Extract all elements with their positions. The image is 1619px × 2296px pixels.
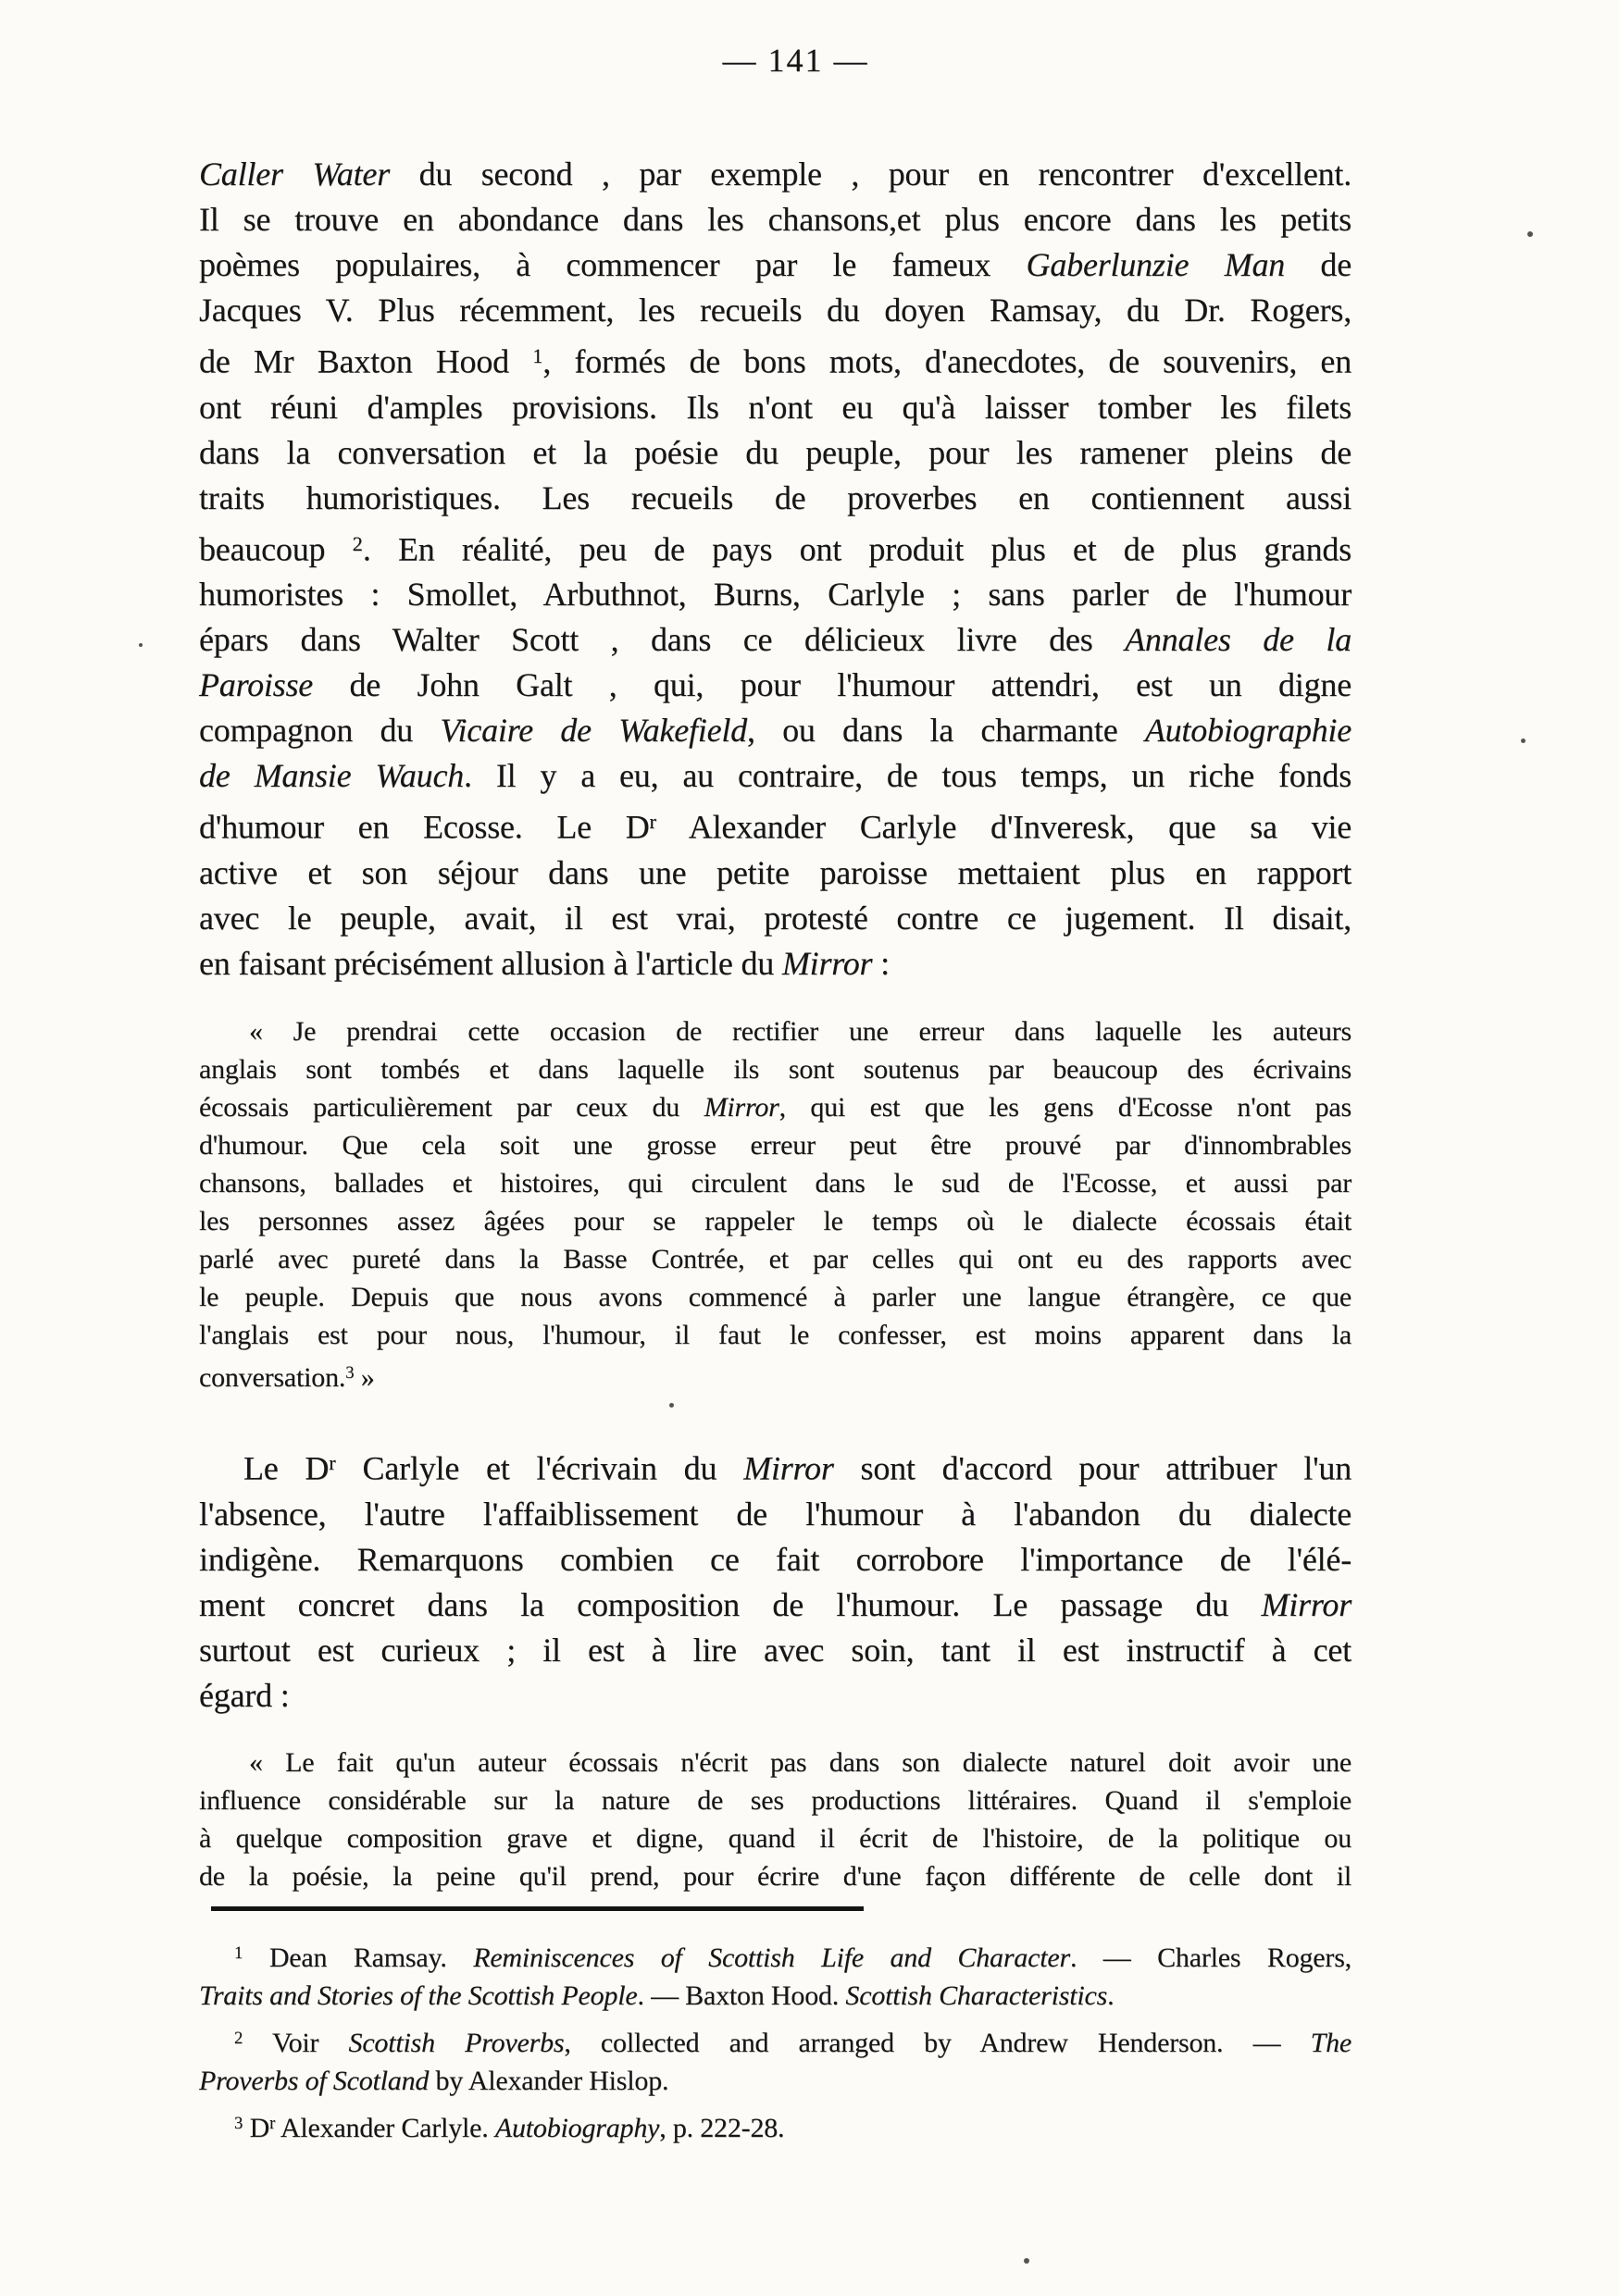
text-segment: Voir — [243, 2028, 348, 2058]
italic-text: Caller Water — [199, 155, 390, 192]
block-quote-1: « Je prendrai cette occasion de rectifie… — [199, 1012, 1351, 1396]
text-segment: « Je prendrai cette occasion de rectifie… — [249, 1016, 1351, 1047]
text-segment: : — [872, 945, 890, 982]
italic-text: Scottish Proverbs — [349, 2028, 565, 2058]
text-line: avec le peuple, avait, il est vrai, prot… — [199, 896, 1351, 941]
italic-text: Annales de la — [1125, 621, 1351, 658]
book-page: — 141 — Caller Water du second , par exe… — [0, 0, 1619, 2296]
scan-speck — [1527, 231, 1533, 237]
text-segment: de Mr Baxton Hood — [199, 343, 532, 380]
text-segment: . — Charles Rogers, — [1070, 1942, 1351, 1973]
text-segment: indigène. Remarquons combien ce fait cor… — [199, 1541, 1351, 1578]
text-segment: en faisant précisément allusion à l'arti… — [199, 945, 782, 982]
text-line: ont réuni d'amples provisions. Ils n'ont… — [199, 385, 1351, 430]
italic-text: de Mansie Wauch — [199, 757, 464, 794]
italic-text: Gaberlunzie Man — [1027, 246, 1286, 283]
text-line: l'absence, l'autre l'affaiblissement de … — [199, 1492, 1351, 1537]
text-line: anglais sont tombés et dans laquelle ils… — [199, 1050, 1351, 1088]
text-segment: beaucoup — [199, 530, 353, 567]
text-segment: parlé avec pureté dans la Basse Contrée,… — [199, 1244, 1351, 1274]
text-line: Paroisse de John Galt , qui, pour l'humo… — [199, 663, 1351, 708]
text-line: de la poésie, la peine qu'il prend, pour… — [199, 1857, 1351, 1895]
text-line: indigène. Remarquons combien ce fait cor… — [199, 1537, 1351, 1582]
text-segment: . — [1107, 1980, 1114, 2011]
text-segment: chansons, ballades et histoires, qui cir… — [199, 1168, 1351, 1198]
text-line: poèmes populaires, à commencer par le fa… — [199, 242, 1351, 288]
text-segment: , formés de bons mots, d'anecdotes, de s… — [542, 343, 1351, 380]
scan-speck — [139, 643, 143, 647]
superscript-marker: 3 — [234, 2114, 243, 2133]
text-segment: le peuple. Depuis que nous avons commenc… — [199, 1282, 1351, 1312]
text-segment: . En réalité, peu de pays ont produit pl… — [363, 530, 1351, 567]
footnotes-section: 1 Dean Ramsay. Reminiscences of Scottish… — [199, 1934, 1351, 2152]
text-line: traits humoristiques. Les recueils de pr… — [199, 476, 1351, 521]
text-segment: écossais particulièrement par ceux du — [199, 1092, 704, 1123]
footnote-3: 3 Dr Alexander Carlyle. Autobiography, p… — [199, 2104, 1351, 2147]
text-line: d'humour en Ecosse. Le Dr Alexander Carl… — [199, 799, 1351, 850]
italic-text: Traits and Stories of the Scottish Peopl… — [199, 1980, 637, 2011]
text-segment: à quelque composition grave et digne, qu… — [199, 1823, 1351, 1854]
main-paragraph-2: Le Dr Carlyle et l'écrivain du Mirror so… — [199, 1440, 1351, 1719]
text-segment: Dean Ramsay. — [243, 1942, 473, 1973]
text-line: 3 Dr Alexander Carlyle. Autobiography, p… — [199, 2104, 1351, 2147]
superscript-marker: r — [329, 1451, 335, 1474]
text-segment: Jacques V. Plus récemment, les recueils … — [199, 292, 1351, 329]
text-segment: sont d'accord pour attribuer l'un — [834, 1450, 1351, 1487]
italic-text: Mirror — [704, 1092, 779, 1123]
text-line: parlé avec pureté dans la Basse Contrée,… — [199, 1240, 1351, 1278]
text-line: Proverbs of Scotland by Alexander Hislop… — [199, 2062, 1351, 2100]
scan-speck — [669, 1403, 674, 1408]
superscript-marker: r — [650, 810, 656, 833]
scan-speck — [1521, 738, 1526, 743]
text-segment: Alexander Carlyle d'Inveresk, que sa vie — [656, 809, 1351, 846]
text-segment: D — [243, 2113, 269, 2143]
footnote-2: 2 Voir Scottish Proverbs, collected and … — [199, 2019, 1351, 2100]
text-segment: d'humour. Que cela soit une grosse erreu… — [199, 1130, 1351, 1160]
text-segment: du second , par exemple , pour en rencon… — [390, 155, 1351, 192]
text-line: le peuple. Depuis que nous avons commenc… — [199, 1278, 1351, 1316]
text-segment: ont réuni d'amples provisions. Ils n'ont… — [199, 389, 1351, 426]
text-line: Il se trouve en abondance dans les chans… — [199, 197, 1351, 242]
text-segment: Carlyle et l'écrivain du — [336, 1450, 743, 1487]
text-line: les personnes assez âgées pour se rappel… — [199, 1202, 1351, 1240]
italic-text: Proverbs of Scotland — [199, 2066, 429, 2096]
text-segment: surtout est curieux ; il est à lire avec… — [199, 1632, 1351, 1669]
text-line: en faisant précisément allusion à l'arti… — [199, 941, 1351, 987]
text-line: beaucoup 2. En réalité, peu de pays ont … — [199, 521, 1351, 573]
main-paragraph-1: Caller Water du second , par exemple , p… — [199, 152, 1351, 987]
page-number: — 141 — — [219, 41, 1372, 80]
text-line: humoristes : Smollet, Arbuthnot, Burns, … — [199, 572, 1351, 617]
text-segment: les personnes assez âgées pour se rappel… — [199, 1206, 1351, 1236]
text-segment: égard : — [199, 1677, 290, 1714]
text-segment: conversation. — [199, 1362, 345, 1393]
text-segment: by Alexander Hislop. — [429, 2066, 668, 2096]
text-line: Jacques V. Plus récemment, les recueils … — [199, 288, 1351, 333]
text-segment: compagnon du — [199, 712, 440, 749]
text-segment: de la poésie, la peine qu'il prend, pour… — [199, 1861, 1351, 1892]
text-line: conversation.3 » — [199, 1354, 1351, 1396]
text-line: écossais particulièrement par ceux du Mi… — [199, 1088, 1351, 1126]
text-line: ment concret dans la composition de l'hu… — [199, 1582, 1351, 1628]
text-line: compagnon du Vicaire de Wakefield, ou da… — [199, 708, 1351, 753]
italic-text: Autobiography — [495, 2113, 659, 2143]
text-line: l'anglais est pour nous, l'humour, il fa… — [199, 1316, 1351, 1354]
text-line: Traits and Stories of the Scottish Peopl… — [199, 1977, 1351, 2015]
italic-text: The — [1311, 2028, 1351, 2058]
italic-text: Mirror — [743, 1450, 833, 1487]
text-segment: influence considérable sur la nature de … — [199, 1785, 1351, 1816]
footnote-1: 1 Dean Ramsay. Reminiscences of Scottish… — [199, 1934, 1351, 2015]
text-segment: anglais sont tombés et dans laquelle ils… — [199, 1054, 1351, 1085]
text-segment: traits humoristiques. Les recueils de pr… — [199, 479, 1351, 516]
scan-speck — [1024, 2258, 1029, 2264]
superscript-marker: 1 — [532, 344, 542, 367]
text-line: 2 Voir Scottish Proverbs, collected and … — [199, 2019, 1351, 2062]
text-line: influence considérable sur la nature de … — [199, 1781, 1351, 1819]
italic-text: Autobiographie — [1145, 712, 1351, 749]
text-segment: humoristes : Smollet, Arbuthnot, Burns, … — [199, 576, 1351, 613]
text-line: égard : — [199, 1673, 1351, 1719]
text-segment: poèmes populaires, à commencer par le fa… — [199, 246, 1027, 283]
text-segment: épars dans Walter Scott , dans ce délici… — [199, 621, 1125, 658]
italic-text: Mirror — [1262, 1586, 1351, 1623]
text-line: à quelque composition grave et digne, qu… — [199, 1819, 1351, 1857]
text-line: de Mr Baxton Hood 1, formés de bons mots… — [199, 333, 1351, 385]
italic-text: Paroisse — [199, 666, 313, 703]
text-segment: dans la conversation et la poésie du peu… — [199, 434, 1351, 471]
text-segment: de John Galt , qui, pour l'humour attend… — [313, 666, 1351, 703]
text-line: épars dans Walter Scott , dans ce délici… — [199, 617, 1351, 663]
text-line: d'humour. Que cela soit une grosse erreu… — [199, 1126, 1351, 1164]
text-line: dans la conversation et la poésie du peu… — [199, 430, 1351, 476]
text-line: Caller Water du second , par exemple , p… — [199, 152, 1351, 197]
text-line: surtout est curieux ; il est à lire avec… — [199, 1628, 1351, 1673]
superscript-marker: 1 — [234, 1943, 243, 1963]
text-segment: . Il y a eu, au contraire, de tous temps… — [464, 757, 1351, 794]
text-segment: « Le fait qu'un auteur écossais n'écrit … — [249, 1747, 1351, 1778]
text-segment: Alexander Carlyle. — [275, 2113, 495, 2143]
text-segment: , collected and arranged by Andrew Hende… — [564, 2028, 1310, 2058]
block-quote-2: « Le fait qu'un auteur écossais n'écrit … — [199, 1744, 1351, 1895]
text-segment: l'anglais est pour nous, l'humour, il fa… — [199, 1320, 1351, 1350]
italic-text: Reminiscences of Scottish Life and Chara… — [473, 1942, 1070, 1973]
text-segment: . — Baxton Hood. — [637, 1980, 845, 2011]
text-segment: ment concret dans la composition de l'hu… — [199, 1586, 1262, 1623]
footnote-separator-rule — [211, 1906, 864, 1911]
italic-text: Scottish Characteristics — [845, 1980, 1107, 2011]
text-line: chansons, ballades et histoires, qui cir… — [199, 1164, 1351, 1202]
text-line: « Le fait qu'un auteur écossais n'écrit … — [199, 1744, 1351, 1781]
text-segment: avec le peuple, avait, il est vrai, prot… — [199, 900, 1351, 937]
text-segment: , qui est que les gens d'Ecosse n'ont pa… — [779, 1092, 1351, 1123]
text-segment: l'absence, l'autre l'affaiblissement de … — [199, 1496, 1351, 1533]
superscript-marker: 2 — [234, 2029, 243, 2048]
italic-text: Vicaire de Wakefield — [440, 712, 747, 749]
text-segment: » — [354, 1362, 374, 1393]
text-segment: Il se trouve en abondance dans les chans… — [199, 201, 1351, 238]
text-segment: de — [1285, 246, 1351, 283]
text-line: Le Dr Carlyle et l'écrivain du Mirror so… — [199, 1440, 1351, 1492]
text-line: 1 Dean Ramsay. Reminiscences of Scottish… — [199, 1934, 1351, 1977]
text-line: active et son séjour dans une petite par… — [199, 850, 1351, 896]
text-line: de Mansie Wauch. Il y a eu, au contraire… — [199, 753, 1351, 799]
superscript-marker: 2 — [353, 532, 363, 555]
italic-text: Mirror — [782, 945, 872, 982]
text-segment: active et son séjour dans une petite par… — [199, 854, 1351, 891]
text-line: « Je prendrai cette occasion de rectifie… — [199, 1012, 1351, 1050]
text-segment: d'humour en Ecosse. Le D — [199, 809, 650, 846]
text-segment: Le D — [243, 1450, 329, 1487]
text-segment: , ou dans la charmante — [747, 712, 1145, 749]
text-segment: , p. 222-28. — [659, 2113, 784, 2143]
